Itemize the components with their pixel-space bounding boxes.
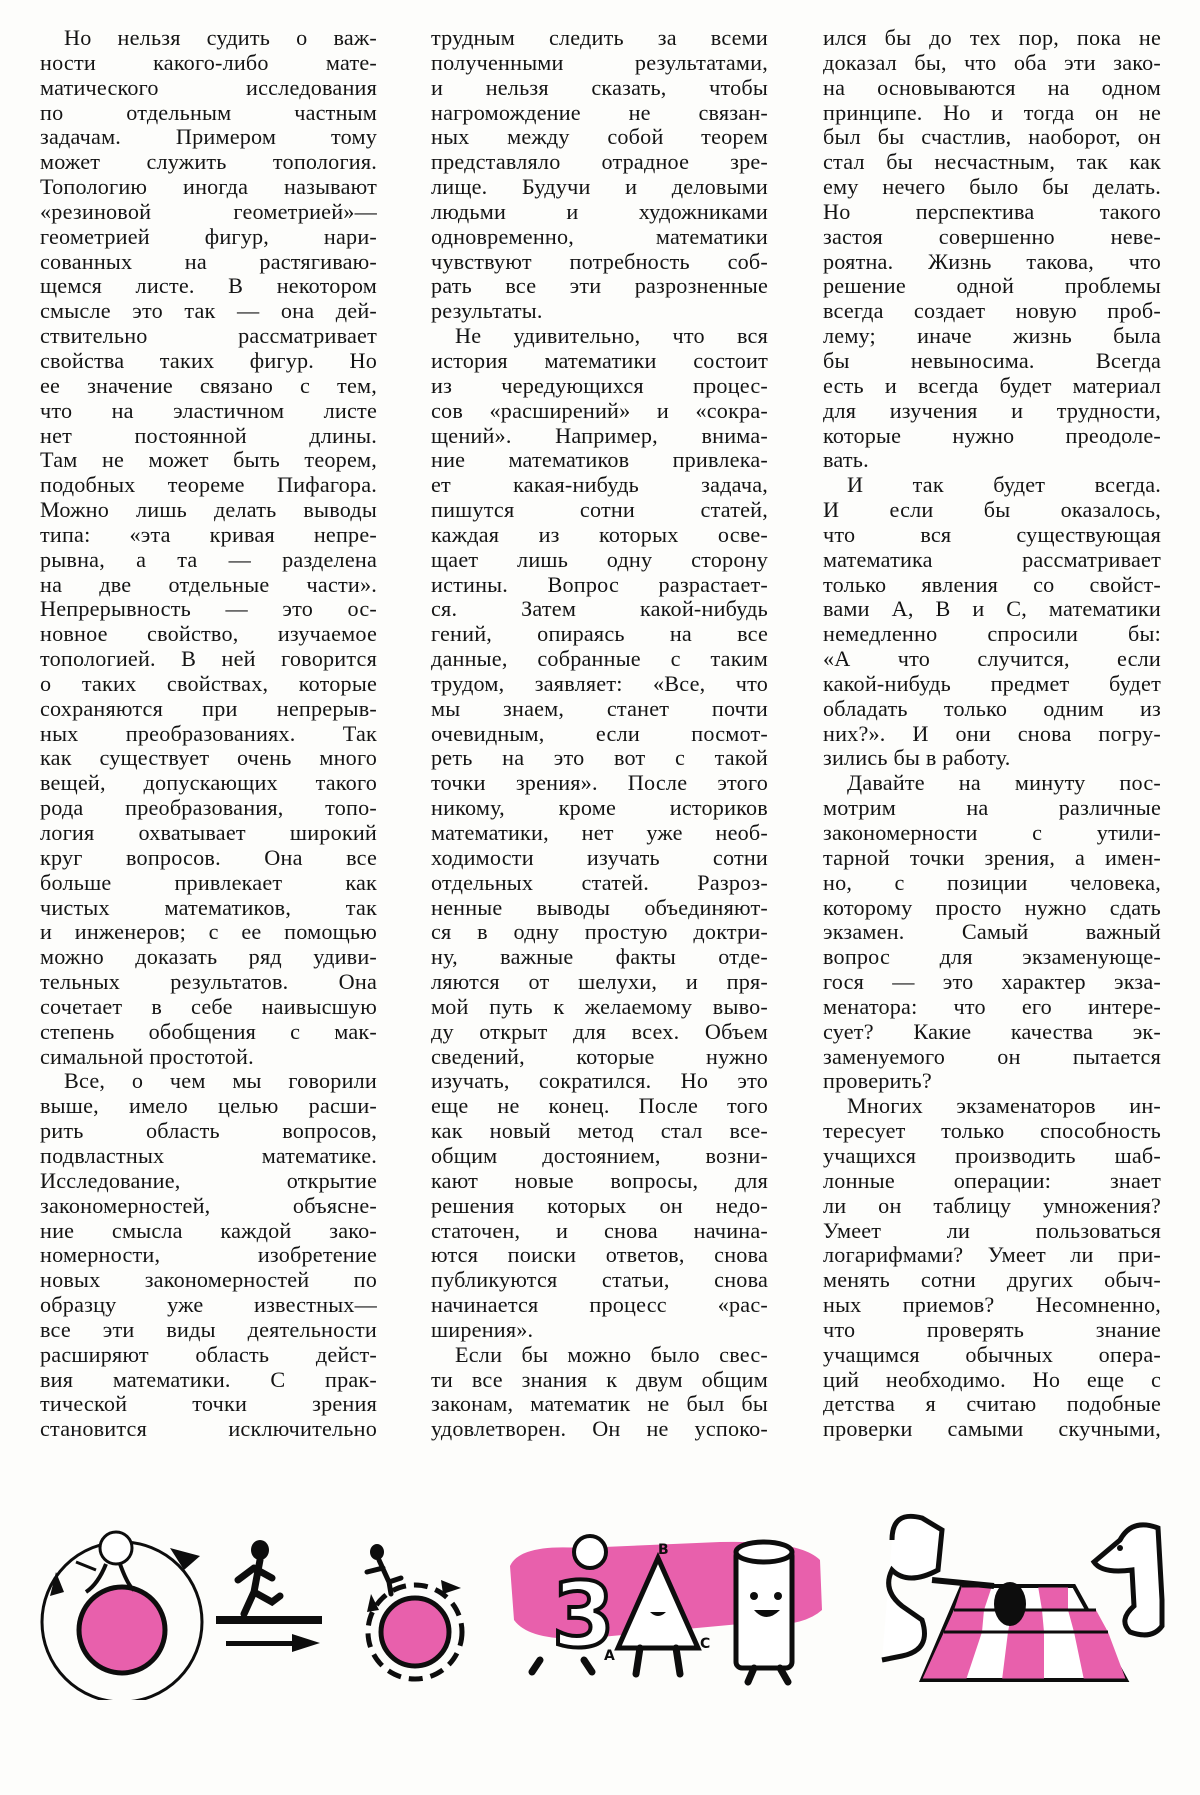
text-line: что на эластичном листе bbox=[40, 399, 377, 424]
text-line: но, с позиции человека, bbox=[823, 871, 1161, 896]
text-line: стал бы несчастным, так как bbox=[823, 150, 1161, 175]
text-line: вать. bbox=[823, 448, 1161, 473]
text-line: Но нельзя судить о важ- bbox=[40, 26, 377, 51]
text-line: трудом, заявляет: «Все, что bbox=[431, 672, 768, 697]
text-line: точки зрения». После этого bbox=[431, 771, 768, 796]
text-line: детства я считаю подобные bbox=[823, 1392, 1161, 1417]
text-line: ился бы до тех пор, пока не bbox=[823, 26, 1161, 51]
text-line: чистых математиков, так bbox=[40, 896, 377, 921]
text-line: гося — это характер экза- bbox=[823, 970, 1161, 995]
text-line: ширения». bbox=[431, 1318, 768, 1343]
text-line: рить область вопросов, bbox=[40, 1119, 377, 1144]
text-line: смысле это так — она дей- bbox=[40, 299, 377, 324]
text-line: застоя совершенно неве- bbox=[823, 225, 1161, 250]
text-line: трудным следить за всеми bbox=[431, 26, 768, 51]
text-line: обладать только одним из bbox=[823, 697, 1161, 722]
text-line: представляло отрадное зре- bbox=[431, 150, 768, 175]
text-line: проверки самыми скучными, bbox=[823, 1417, 1161, 1442]
text-line: кают новые вопросы, для bbox=[431, 1169, 768, 1194]
text-line: рать все эти разрозненные bbox=[431, 274, 768, 299]
text-line: и инженеров; с ее помощью bbox=[40, 920, 377, 945]
text-line: ние смысла каждой зако- bbox=[40, 1219, 377, 1244]
text-line: что вся существующая bbox=[823, 523, 1161, 548]
text-line: И если бы оказалось, bbox=[823, 498, 1161, 523]
text-line: Многих экзаменаторов ин- bbox=[823, 1094, 1161, 1119]
text-line: есть и всегда будет материал bbox=[823, 374, 1161, 399]
text-line: симальной простотой. bbox=[40, 1045, 377, 1070]
text-line: принципе. Но и тогда он не bbox=[823, 101, 1161, 126]
text-line: Можно лишь делать выводы bbox=[40, 498, 377, 523]
text-line: закономерности с утили- bbox=[823, 821, 1161, 846]
text-line: ну, важные факты отде- bbox=[431, 945, 768, 970]
text-line: проверить? bbox=[823, 1069, 1161, 1094]
text-line: Там не может быть теорем, bbox=[40, 448, 377, 473]
text-line: задачам. Примером тому bbox=[40, 125, 377, 150]
text-line: для изучения и трудности, bbox=[823, 399, 1161, 424]
text-line: только явления со свойст- bbox=[823, 573, 1161, 598]
text-line: математики, нет уже необ- bbox=[431, 821, 768, 846]
text-line: тарной точки зрения, а имен- bbox=[823, 846, 1161, 871]
text-line: ет какая-нибудь задача, bbox=[431, 473, 768, 498]
text-line: Умеет ли пользоваться bbox=[823, 1219, 1161, 1244]
text-line: гений, опираясь на все bbox=[431, 622, 768, 647]
text-line: всегда создает новую проб- bbox=[823, 299, 1161, 324]
text-line: все эти виды деятельности bbox=[40, 1318, 377, 1343]
sphere-orbit-illustration bbox=[36, 1500, 206, 1700]
text-line: решение одной проблемы bbox=[823, 274, 1161, 299]
text-line: сов «расширений» и «сокра- bbox=[431, 399, 768, 424]
text-line: какой-нибудь предмет будет bbox=[823, 672, 1161, 697]
text-line: мотрим на различные bbox=[823, 796, 1161, 821]
text-line: ли он таблицу умножения? bbox=[823, 1194, 1161, 1219]
svg-text:B: B bbox=[658, 1542, 669, 1558]
text-line: рывна, а та — разделена bbox=[40, 548, 377, 573]
text-line: ности какого-либо мате- bbox=[40, 51, 377, 76]
text-line: можно доказать ряд удиви- bbox=[40, 945, 377, 970]
text-line: одновременно, математики bbox=[431, 225, 768, 250]
text-line: на основываются на одном bbox=[823, 76, 1161, 101]
text-line: тельных результатов. Она bbox=[40, 970, 377, 995]
text-line: ются поиски ответов, снова bbox=[431, 1243, 768, 1268]
text-line: «А что случится, если bbox=[823, 647, 1161, 672]
text-line: о таких свойствах, которые bbox=[40, 672, 377, 697]
right-arrow-icon bbox=[226, 1641, 296, 1646]
text-line: ных преобразованиях. Так bbox=[40, 722, 377, 747]
text-line: Давайте на минуту пос- bbox=[823, 771, 1161, 796]
text-line: результаты. bbox=[431, 299, 768, 324]
text-line: ему нечего было бы делать. bbox=[823, 175, 1161, 200]
text-line: что проверять знание bbox=[823, 1318, 1161, 1343]
text-line: нагромождение не связан- bbox=[431, 101, 768, 126]
text-line: заменуемого он пытается bbox=[823, 1045, 1161, 1070]
text-line: Но перспектива такого bbox=[823, 200, 1161, 225]
arrow-icon bbox=[170, 1548, 200, 1570]
text-line: как существует очень много bbox=[40, 746, 377, 771]
text-line: по отдельным частным bbox=[40, 101, 377, 126]
text-line: законам, математик не был бы bbox=[431, 1392, 768, 1417]
text-line: нет постоянной длины. bbox=[40, 424, 377, 449]
text-line: чувствуют потребность соб- bbox=[431, 250, 768, 275]
text-line: очевидным, если посмот- bbox=[431, 722, 768, 747]
text-line: которому просто нужно сдать bbox=[823, 896, 1161, 921]
text-line: публикуются статьи, снова bbox=[431, 1268, 768, 1293]
arrow-icon bbox=[441, 1580, 461, 1594]
text-line: вопрос для экзаменующе- bbox=[823, 945, 1161, 970]
text-line: удовлетворен. Он не успоко- bbox=[431, 1417, 768, 1442]
text-line: статочен, и снова начина- bbox=[431, 1219, 768, 1244]
text-line: решения которых он недо- bbox=[431, 1194, 768, 1219]
text-line: из чередующихся процес- bbox=[431, 374, 768, 399]
text-line: тической точки зрения bbox=[40, 1392, 377, 1417]
text-column-2: трудным следить за всемиполученными резу… bbox=[431, 26, 768, 1442]
text-line: менатора: что его интере- bbox=[823, 995, 1161, 1020]
text-line: тересует только способность bbox=[823, 1119, 1161, 1144]
text-line: ее значение связано с тем, bbox=[40, 374, 377, 399]
text-line: немедленно спросили бы: bbox=[823, 622, 1161, 647]
svg-text:A: A bbox=[604, 1648, 615, 1664]
text-line: них?». И они снова погру- bbox=[823, 722, 1161, 747]
text-line: истины. Вопрос разрастает- bbox=[431, 573, 768, 598]
text-line: роятна. Жизнь такова, что bbox=[823, 250, 1161, 275]
text-line: сует? Какие качества эк- bbox=[823, 1020, 1161, 1045]
text-line: больше привлекает как bbox=[40, 871, 377, 896]
text-line: Непрерывность — это ос- bbox=[40, 597, 377, 622]
text-line: еще не конец. После того bbox=[431, 1094, 768, 1119]
text-line: логия охватывает широкий bbox=[40, 821, 377, 846]
text-line: топологией. В ней говорится bbox=[40, 647, 377, 672]
text-line: был бы счастлив, наоборот, он bbox=[823, 125, 1161, 150]
text-line: ся. Затем какой-нибудь bbox=[431, 597, 768, 622]
text-column-1: Но нельзя судить о важ-ности какого-либо… bbox=[40, 26, 377, 1442]
text-line: лище. Будучи и деловыми bbox=[431, 175, 768, 200]
walking-figure-illustration bbox=[214, 1538, 324, 1663]
text-line: номерности, изобретение bbox=[40, 1243, 377, 1268]
text-line: геометрией фигур, нари- bbox=[40, 225, 377, 250]
text-line: сведений, которые нужно bbox=[431, 1045, 768, 1070]
text-line: становится исключительно bbox=[40, 1417, 377, 1442]
text-line: расширяют область дейст- bbox=[40, 1343, 377, 1368]
text-line: круг вопросов. Она все bbox=[40, 846, 377, 871]
text-line: математика рассматривает bbox=[823, 548, 1161, 573]
text-line: бы невыносима. Всегда bbox=[823, 349, 1161, 374]
text-line: мы знаем, станет почти bbox=[431, 697, 768, 722]
text-line: полученными результатами, bbox=[431, 51, 768, 76]
text-line: никому, кроме историков bbox=[431, 796, 768, 821]
text-line: сованных на растягиваю- bbox=[40, 250, 377, 275]
text-line: отдельных статей. Разроз- bbox=[431, 871, 768, 896]
text-line: Исследование, открытие bbox=[40, 1169, 377, 1194]
text-line: рода преобразования, топо- bbox=[40, 796, 377, 821]
text-line: свойства таких фигур. Но bbox=[40, 349, 377, 374]
text-line: мой путь к желаемому выво- bbox=[431, 995, 768, 1020]
text-line: лонные операции: знает bbox=[823, 1169, 1161, 1194]
text-line: подобных теореме Пифагора. bbox=[40, 473, 377, 498]
text-line: Все, о чем мы говорили bbox=[40, 1069, 377, 1094]
svg-text:C: C bbox=[700, 1636, 710, 1652]
text-line: учащимся обычных опера- bbox=[823, 1343, 1161, 1368]
text-line: вещей, допускающих такого bbox=[40, 771, 377, 796]
text-line: ние математиков привлека- bbox=[431, 448, 768, 473]
text-line: ствительно рассматривает bbox=[40, 324, 377, 349]
text-line: подвластных математике. bbox=[40, 1144, 377, 1169]
text-line: на две отдельные части». bbox=[40, 573, 377, 598]
text-line: доказал бы, что оба эти зако- bbox=[823, 51, 1161, 76]
text-line: реть на это вот с такой bbox=[431, 746, 768, 771]
text-line: типа: «эта кривая непре- bbox=[40, 523, 377, 548]
text-line: начинается процесс «рас- bbox=[431, 1293, 768, 1318]
chess-players-illustration bbox=[862, 1500, 1182, 1700]
text-line: может служить топология. bbox=[40, 150, 377, 175]
text-column-3: ился бы до тех пор, пока недоказал бы, ч… bbox=[823, 26, 1161, 1442]
text-line: которые нужно преодоле- bbox=[823, 424, 1161, 449]
text-line: щает лишь одну сторону bbox=[431, 548, 768, 573]
shapes-characters-illustration: 3 B A C bbox=[500, 1520, 850, 1695]
text-line: закономерностей, объясне- bbox=[40, 1194, 377, 1219]
text-line: новых закономерностей по bbox=[40, 1268, 377, 1293]
text-line: ти все знания к двум общим bbox=[431, 1368, 768, 1393]
text-line: ций необходимо. Но еще с bbox=[823, 1368, 1161, 1393]
text-line: общим достоянием, возни- bbox=[431, 1144, 768, 1169]
text-line: ных приемов? Несомненно, bbox=[823, 1293, 1161, 1318]
text-line: сочетает в себе наивысшую bbox=[40, 995, 377, 1020]
text-line: ся в одну простую доктри- bbox=[431, 920, 768, 945]
text-line: и нельзя сказать, чтобы bbox=[431, 76, 768, 101]
text-line: учащихся производить шаб- bbox=[823, 1144, 1161, 1169]
text-line: пишутся сотни статей, bbox=[431, 498, 768, 523]
text-line: щемся листе. В некотором bbox=[40, 274, 377, 299]
text-line: ных между собой теорем bbox=[431, 125, 768, 150]
text-line: щений». Например, внима- bbox=[431, 424, 768, 449]
text-line: ду открыт для всех. Объем bbox=[431, 1020, 768, 1045]
text-line: данные, собранные с таким bbox=[431, 647, 768, 672]
text-line: ходимости изучать сотни bbox=[431, 846, 768, 871]
text-line: изучать, сократился. Но это bbox=[431, 1069, 768, 1094]
text-line: история математики состоит bbox=[431, 349, 768, 374]
text-line: Не удивительно, что вся bbox=[431, 324, 768, 349]
text-line: вами A, B и C, математики bbox=[823, 597, 1161, 622]
text-line: матического исследования bbox=[40, 76, 377, 101]
illustration-strip: 3 B A C bbox=[0, 1480, 1200, 1795]
text-line: ненные выводы объединяют- bbox=[431, 896, 768, 921]
text-line: «резиновой геометрией»— bbox=[40, 200, 377, 225]
chess-piece-icon bbox=[994, 1582, 1026, 1626]
text-line: сохраняются при непрерыв- bbox=[40, 697, 377, 722]
text-line: выше, имело целью расши- bbox=[40, 1094, 377, 1119]
text-line: каждая из которых осве- bbox=[431, 523, 768, 548]
text-line: ляются от шелухи, и пря- bbox=[431, 970, 768, 995]
text-line: И так будет всегда. bbox=[823, 473, 1161, 498]
dashed-circle-illustration bbox=[355, 1542, 475, 1692]
text-line: вия математики. С прак- bbox=[40, 1368, 377, 1393]
text-line: как новый метод стал все- bbox=[431, 1119, 768, 1144]
text-line: образцу уже известных— bbox=[40, 1293, 377, 1318]
text-line: экзамен. Самый важный bbox=[823, 920, 1161, 945]
text-line: людьми и художниками bbox=[431, 200, 768, 225]
text-line: зились бы в работу. bbox=[823, 746, 1161, 771]
text-line: степень обобщения с мак- bbox=[40, 1020, 377, 1045]
text-line: логарифмами? Умеет ли при- bbox=[823, 1243, 1161, 1268]
text-line: Топологию иногда называют bbox=[40, 175, 377, 200]
text-line: лему; иначе жизнь была bbox=[823, 324, 1161, 349]
text-line: менять сотни других обыч- bbox=[823, 1268, 1161, 1293]
text-line: новное свойство, изучаемое bbox=[40, 622, 377, 647]
text-line: Если бы можно было свес- bbox=[431, 1343, 768, 1368]
